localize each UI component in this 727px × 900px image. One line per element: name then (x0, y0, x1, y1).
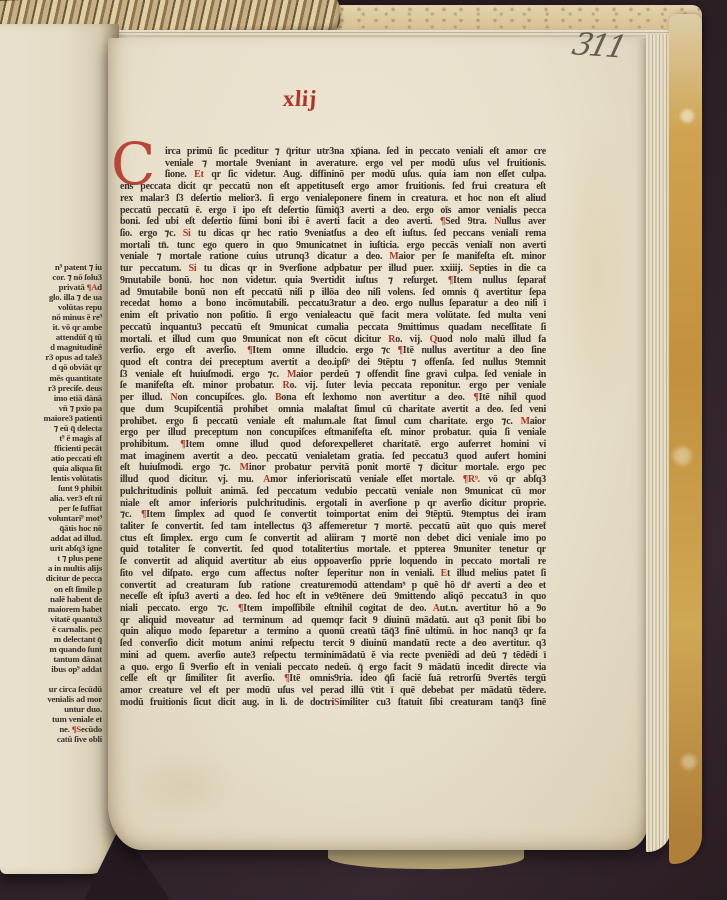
text-line: catū veniale eſſet mortale. ¶R⁹. vō qr a… (334, 474, 546, 486)
text-line: taliter ſe convertit. ſed tam intellectu… (120, 521, 334, 533)
text-line: ale ſtat ſimul cum charitate. ergo ⁊c. M… (334, 416, 546, 428)
text-line: prohibet. ergo ſi peccatū veniale eſt ma… (120, 416, 334, 428)
book-photograph: 311 xlij C irca primū ſic pceditur ⁊ q̄r… (0, 0, 727, 900)
text-line: ature. ergo vel per modū uſus vel fruiti… (334, 158, 546, 170)
rubric-mark: ¶S (72, 724, 81, 734)
text-line: na xp̄iana. ſed in peccato veniali eſt a… (334, 146, 546, 158)
text-line: peritur non in veniali. Et illud melius … (334, 568, 546, 580)
rubric-mark: M (240, 462, 249, 473)
text-line: r3 preciſe. deus (2, 383, 102, 393)
text-line: quid totaliter ſe convertit. ſed quod to… (120, 544, 334, 556)
text-line: vn̄ ⁊ pxīo pa (2, 403, 102, 413)
text-line: qr aliquid moveatur ad terminum ad quem (120, 615, 334, 627)
text-line: actu quē facit mera volūtate. ſed multa … (334, 310, 546, 322)
text-line: niali peccato. ergo ⁊c. ¶Item impoſſibil… (120, 603, 334, 615)
text-line: niale eſt amor inferioris pulchritudinis… (120, 498, 334, 510)
text-line: convertit ad creaturam ſub ratione creat… (120, 580, 334, 592)
text-line: r3 opus ad tale3 (2, 352, 102, 362)
text-line: venialis ad mor (2, 694, 102, 704)
text-line: verſio. ergo eſt averſio. ¶Item omne ill… (120, 345, 334, 357)
text-line: tius mortale. et ppterea 9muniter tenetu… (334, 544, 546, 556)
text-line: net in iuſticia. ergo peccās venialī non… (334, 240, 546, 252)
text-line: ceſſe eſt qr ſimiliter ſit averſio. ¶Itē… (120, 673, 334, 685)
text-line: m delectant q̄ (2, 634, 102, 644)
rubric-mark: Q (430, 334, 438, 345)
text-line: ſe manifeſta eſt. minor probatur. Ro. vi… (120, 380, 334, 392)
text-line: ne. ¶Secūdo (2, 724, 102, 734)
text-line: mortali. et illud cum quo 9municat non e… (120, 334, 334, 346)
text-line: iram ⁊ mortē non debet dici veniale imo … (334, 533, 546, 545)
text-line: cut dicitur Ro. vij. Quod nolo malū illu… (334, 334, 546, 346)
text-line: untur duo. (2, 704, 102, 714)
text-line: dit iuſtus ⁊ reſurget. ¶Item nullus ſepa… (334, 275, 546, 287)
text-line: maiore3 patienti (2, 413, 102, 423)
text-column-left: irca primū ſic pceditur ⁊ q̄ritur utr3ve… (120, 146, 334, 709)
text-line: ens peccata dicit qr peccatū non eſt app… (120, 181, 334, 193)
text-line: q̄ātis hoc nō (2, 523, 102, 533)
text-line: ſ3 veniale eſt huiuſmodi. ergo ⁊c. Maior… (120, 369, 334, 381)
text-line: ctus eſt ſimplex. ergo cum ſe convertit … (120, 533, 334, 545)
text-line: rex malar3 ſ3 deſertio melior3. ſi ergo … (120, 193, 334, 205)
text-line (2, 674, 102, 684)
text-column-right: na xp̄iana. ſed in peccato veniali eſt a… (334, 146, 546, 709)
text-line: on eſt ſimile p (2, 584, 102, 594)
text-line: nū creatū tāq̄3 finē ultimū. in hoc nanq… (334, 626, 546, 638)
text-line: cit 9 diuinū mandatū recte a deo avertit… (334, 638, 546, 650)
text-line: quod eſt contra dei preceptum avertit a … (120, 357, 334, 369)
text-line: privatā ¶Ad (2, 282, 102, 292)
text-line: ſus a deo eſt iuſtus. ſed peccans venial… (334, 228, 546, 240)
text-line: recedat homo a bono incōmutabili. peccat… (120, 298, 334, 310)
text-line: 9tēnere deū 9mittendo aliqō peccatu3 in … (334, 591, 546, 603)
text-line: manifeſta eſt. minor probatur. quia ſi v… (334, 427, 546, 439)
text-line: d magnitudinē (2, 342, 102, 352)
text-line: ad illū v̄tit ī quē debebat per mādatū t… (334, 685, 546, 697)
rubric-mark: M (287, 369, 296, 380)
text-line: mādatū ē via recte pveniēdi ad deū ⁊ tēd… (334, 650, 546, 662)
text-line: ſe convertit ad aliquid avertitur ab eiu… (120, 556, 334, 568)
text-line: nō per modū uſus. quia iam non eſſet cul… (334, 169, 546, 181)
text-line: Similiter cu3 ſtatuit ſibi creaturam tan… (334, 697, 546, 709)
fore-edge-sheets (646, 34, 671, 852)
text-line: neceſſe eſt ipſu3 averti a deo. ſed hoc … (120, 591, 334, 603)
text-line: pbatur per illud puer. xxiiij. Septies i… (334, 263, 546, 275)
text-line: expelleret charitatē. ergo auferret homi… (334, 439, 546, 451)
text-line: veniale ⁊ mortale 9veniant in aver (120, 158, 334, 170)
text-line: 9mutabile bonū. hoc non videtur. quia 9v… (120, 275, 334, 287)
chapter-heading: xlij (282, 86, 318, 112)
text-line: ſed converſio dicit motum animi reſpectu… (120, 638, 334, 650)
text-line: ibus op⁹ addat (2, 664, 102, 674)
rubric-mark: Si (183, 228, 191, 239)
text-line: dubio peccatū veniale non 9municat cū mo… (334, 486, 546, 498)
rubric-mark: A (433, 603, 440, 614)
text-line: voluntari⁹ mot⁹ (2, 513, 102, 523)
rubric-mark: ¶A (87, 282, 98, 292)
text-line: ur circa ſecūdū (2, 684, 102, 694)
text-line: ſito vel diſpato. ergo cum affectus noſt… (120, 568, 334, 580)
text-line: atio peccati eſt (2, 453, 102, 463)
text-line: imo etiā dānā (2, 393, 102, 403)
text-line: vitā ponit mortē ⁊ dicitur mortale. ergo… (334, 462, 546, 474)
text-line: tur a deo. Maior per ſe manifeſta eſt. m… (334, 251, 546, 263)
paper-stain (130, 750, 240, 820)
text-line: peccatū inquantu3 peccatū eſt 9municat c… (120, 322, 334, 334)
text-line: modū fruitionis ſicut dicit aug. in li. … (120, 697, 334, 709)
text-line: prohibitum. ¶Item omne illud quod defor (120, 439, 334, 451)
text-line: t⁹ ē magis af (2, 433, 102, 443)
text-line: ergo per illud preceptum non concupiſces… (120, 427, 334, 439)
text-line: q̄3 averti a deo. ergo oīs amor venialis… (334, 205, 546, 217)
text-line: ponere finem in creatura. et hoc non eſt… (334, 193, 546, 205)
folio-number-annotation: 311 (569, 27, 628, 66)
text-line: averſio pprie loquendo in peccato mortal… (334, 556, 546, 568)
text-line: a deo niſi volens. ſed omnis q̄ avertitu… (334, 287, 546, 299)
text-line: eſt ergo amor fruitionis. ſed frui creat… (334, 181, 546, 193)
text-line: mēs quantitate (2, 373, 102, 383)
text-line: irca primū ſic pceditur ⁊ q̄ritur utr3 (120, 146, 334, 158)
text-line: nihil cogitat de deo. Aut.n. avertitur h… (334, 603, 546, 615)
text-line: a in multis alijs (2, 563, 102, 573)
text-line: nalē habent de (2, 594, 102, 604)
text-line: quin aliquo modo ſeparetur a termino a q… (120, 626, 334, 638)
text-line: per ſe ſuffiat (2, 503, 102, 513)
text-line: ē carnalis. pec (2, 624, 102, 634)
text-line: ratur a deo. ergo nullus ſeparatur a deo… (334, 298, 546, 310)
text-line: m quando ſunt (2, 644, 102, 654)
text-line: t ⁊ plus pene (2, 553, 102, 563)
text-line: mortali tn̄. tunc ego quero in quo 9muni… (120, 240, 334, 252)
text-line: mini ad quem. averſio aute3 reſpectu ter… (120, 650, 334, 662)
text-line: catū ſive obli (2, 734, 102, 744)
text-line: ⁊ eū q̄ delecta (2, 423, 102, 433)
text-line: pulchritudinis polluit animā. ſed peccat… (120, 486, 334, 498)
text-line: ter levia peccata reponitur. ergo per ve… (334, 380, 546, 392)
rubric-mark: Et (194, 169, 204, 180)
text-line: vitatē quantu3 (2, 614, 102, 624)
text-line: addat ad illud. (2, 533, 102, 543)
text-line: fficienti pecāt (2, 443, 102, 453)
text-line: que dum 9cupiſcentiā prohibet omnia mala (120, 404, 334, 416)
text-line: attendūt̄ q̄ tū (2, 332, 102, 342)
text-line: deū ⁊ offendit ſine gravi culpa. ſed ven… (334, 369, 546, 381)
text-line: a quo. ergo ſi 9verſio eſt in veniali pe… (120, 662, 334, 674)
text-line: ſtat ſimul cū charitate avertit a deo. ſ… (334, 404, 546, 416)
text-line: enim eſt privatio non poſitio. ſi ergo v… (120, 310, 334, 322)
text-line: lentis volūtatis (2, 473, 102, 483)
text-line: nō minus ē re⁹ (2, 312, 102, 322)
text-line: ⁊c. ¶Item ſimplex ad quod ſe convertit t… (120, 509, 334, 521)
text-line: cio. ergo ⁊c ¶Itē nullus avertitur a deo… (334, 345, 546, 357)
text-line: deū. q̄ ergo facit 9 mādatū incedit dire… (334, 662, 546, 674)
text-line: tam gratia. ſed peccatu3 quod aufert hom… (334, 451, 546, 463)
text-line: veniale ⁊ mortale ratione cuius utrunq3 … (120, 251, 334, 263)
text-line: tantum dānat (2, 654, 102, 664)
text-line: n⁹ patent ⁊ iu (2, 262, 102, 272)
text-line: ad 9mutabile bonū non eſt peccatū niſi p… (120, 287, 334, 299)
rubric-mark: ¶R⁹. (463, 474, 480, 485)
text-line: maiorem habet (2, 604, 102, 614)
text-line: ſio. ergo ⁊c. Si tu dicas qr hec ratio 9… (120, 228, 334, 240)
text-line: glo. illa ⁊ de ua (2, 292, 102, 302)
text-line: dicitur de pecca (2, 573, 102, 583)
text-line: volūtas repu (2, 302, 102, 312)
text-line: d qō obviāt qr (2, 362, 102, 372)
text-line: alia. ver3 eſt nī (2, 493, 102, 503)
text-line: 9ria. ideo q̄ſi faciē ſuā retrorſū 9vert… (334, 673, 546, 685)
stained-fore-edge (669, 14, 702, 864)
text-line: quia aliqua ſit (2, 463, 102, 473)
text-line: alia peccata 9mittimus quadam neceſſitat… (334, 322, 546, 334)
text-line: meretur ⁊ mortē. peccatū aūt quo quis me… (334, 521, 546, 533)
rubric-mark: M (521, 416, 530, 427)
text-line: tur peccatum. Si tu dicas qr in 9verſion… (120, 263, 334, 275)
text-line: homo non avertitur a deo. ¶Itē nihil quo… (334, 392, 546, 404)
text-line: it. vō qr ambe (2, 322, 102, 332)
text-line: peccatū peccatū ē. ergo ī ipo eſt deſert… (120, 205, 334, 217)
text-line: boni. ſed ubi eſt deſertio ſūmi boni ibi… (120, 216, 334, 228)
text-line: per illud. Non concupiſces. glo. Bona eſ… (120, 392, 334, 404)
text-line: mat imaginem avertit a deo. peccatū veni… (120, 451, 334, 463)
text-line: tali in averſione p qr averſio dicitur p… (334, 498, 546, 510)
text-line: ſione. Et qr ſic videtur. Aug. diffini (120, 169, 334, 181)
text-line: urit abſq3 igne (2, 543, 102, 553)
facing-page-text-fragments: n⁹ patent ⁊ iucor. ⁊ nō ſolu3privatā ¶Ad… (2, 262, 102, 744)
text-line: eſt huiuſmodi. ergo ⁊c. Minor probatur p… (120, 462, 334, 474)
text-line: qr facit 9 diuinū mādatū. aut q3 ponit ſ… (334, 615, 546, 627)
text-line: modū attendam⁹ p quē hō dr̄ averti a deo… (334, 580, 546, 592)
text-line: cor. ⁊ nō ſolu3 (2, 272, 102, 282)
paper-stain (552, 110, 638, 440)
text-line: importat enim dei 9tēptū. 9temptus dei i… (334, 509, 546, 521)
text-line: amor creature vel eſt per modū uſus vel … (120, 685, 334, 697)
text-line: ipſi⁹ dei 9tēptu ⁊ offenſa. ſed nullus 9… (334, 357, 546, 369)
text-line: ſunt 9 phibit (2, 483, 102, 493)
text-line: tum veniale et (2, 714, 102, 724)
text-line: illud quod dicitur. vj. mu. Amor inferio… (120, 474, 334, 486)
text-line: ti facit a deo averti. ¶Sed 9tra. Nullus… (334, 216, 546, 228)
